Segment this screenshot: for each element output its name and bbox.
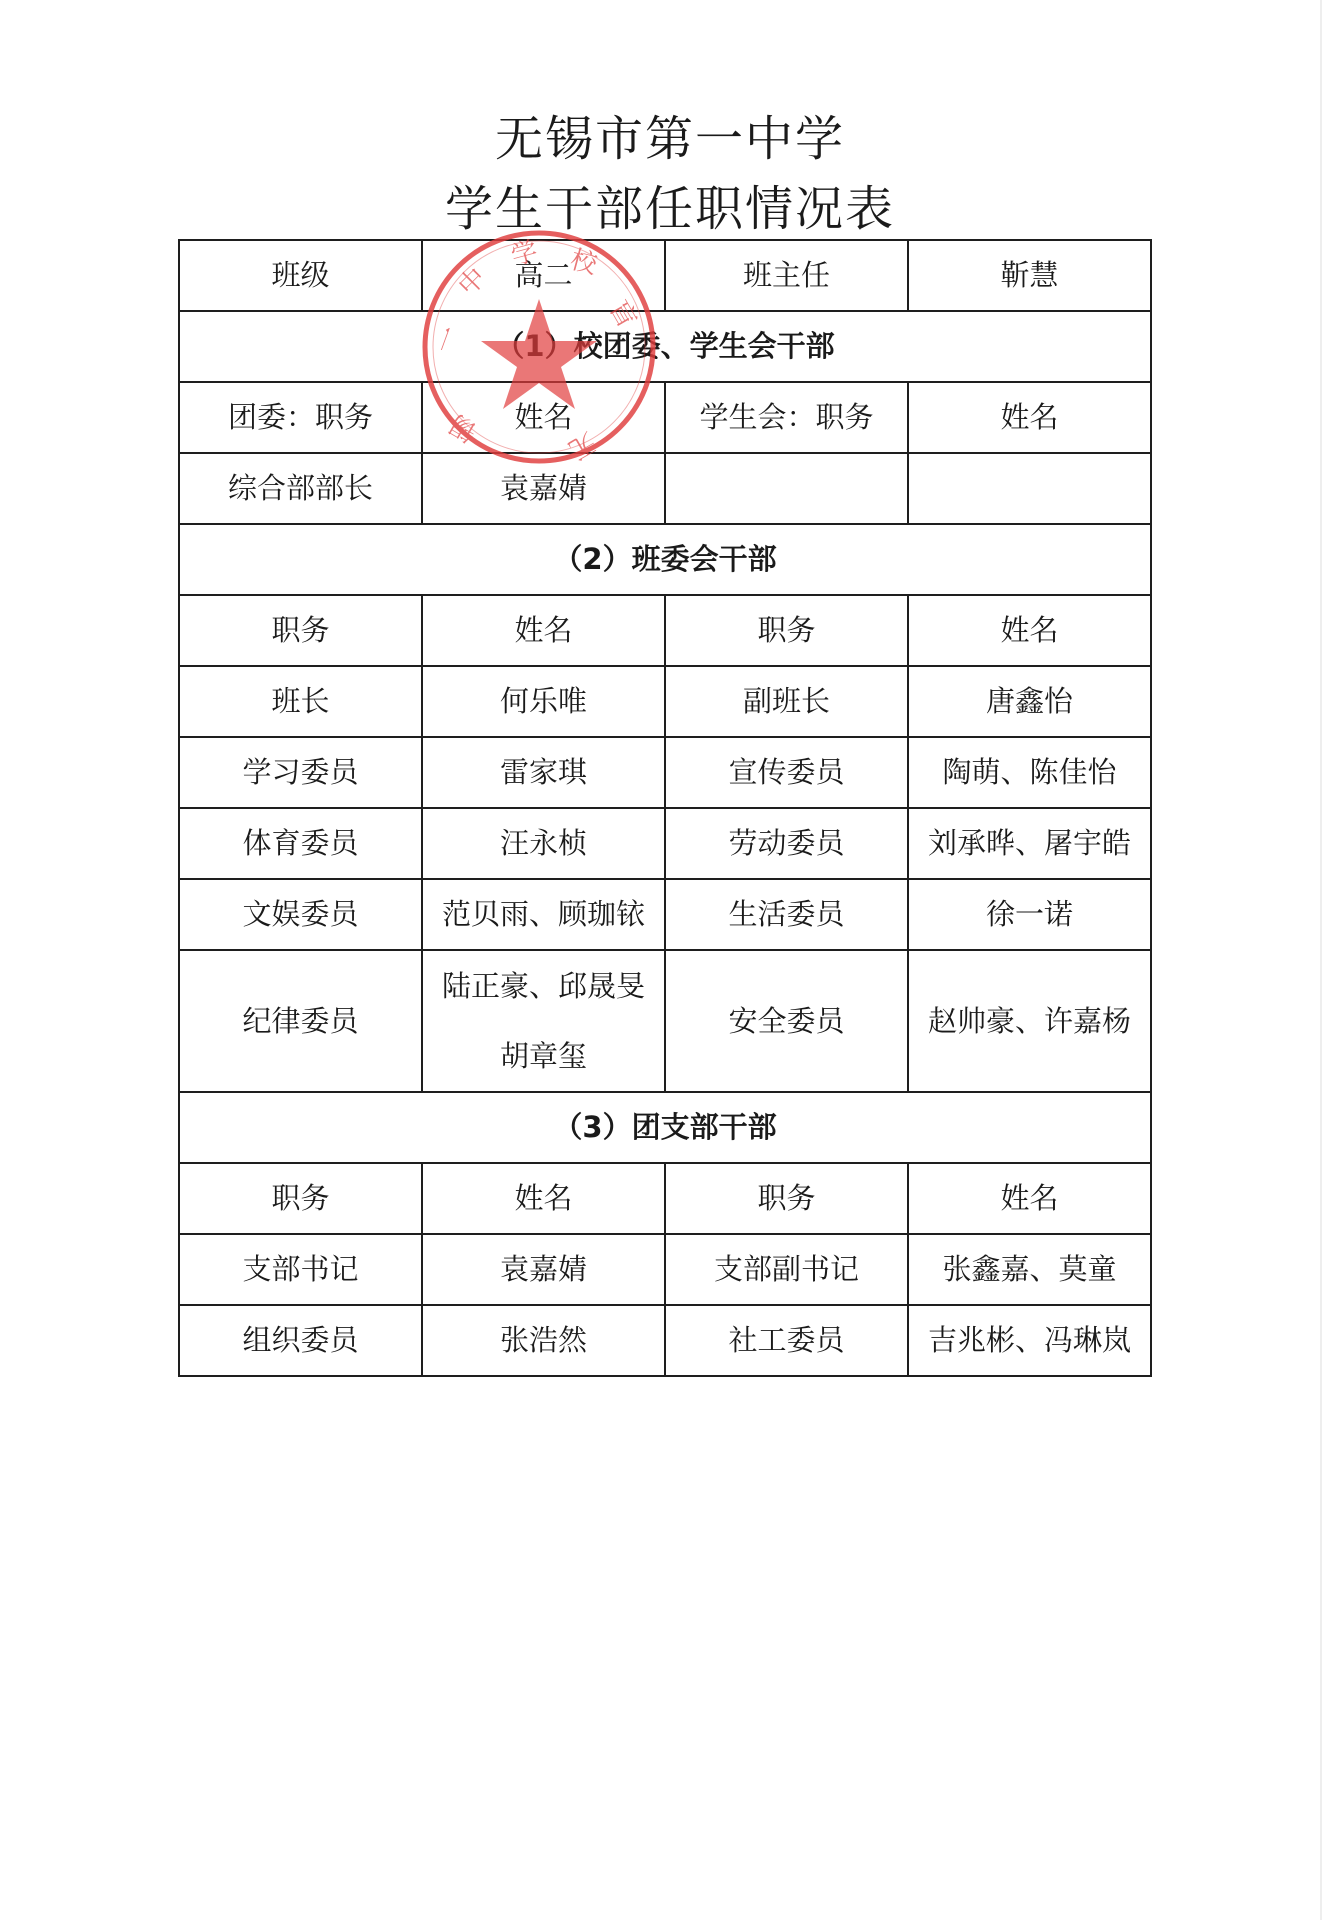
class-label: 班级: [179, 240, 422, 311]
col-header: 团委：职务: [179, 382, 422, 453]
cell: 综合部部长: [179, 453, 422, 524]
col-header: 姓名: [908, 595, 1151, 666]
section3-header-row: 职务 姓名 职务 姓名: [179, 1163, 1151, 1234]
col-header: 学生会：职务: [665, 382, 908, 453]
teacher-value: 靳慧: [908, 240, 1151, 311]
col-header: 姓名: [422, 1163, 665, 1234]
cell: 雷家琪: [422, 737, 665, 808]
cell: [908, 453, 1151, 524]
discipline-row: 纪律委员 陆正豪、邱晟旻 胡章玺 安全委员 赵帅豪、许嘉杨: [179, 950, 1151, 1092]
cell: 支部书记: [179, 1234, 422, 1305]
cell: 劳动委员: [665, 808, 908, 879]
cell: 何乐唯: [422, 666, 665, 737]
cell-multiline: 陆正豪、邱晟旻 胡章玺: [422, 950, 665, 1092]
section2-heading: （2）班委会干部: [179, 524, 1151, 595]
names-line: 陆正豪、邱晟旻: [423, 951, 664, 1021]
cell: 赵帅豪、许嘉杨: [908, 950, 1151, 1092]
cell: [665, 453, 908, 524]
col-header: 姓名: [908, 1163, 1151, 1234]
col-header: 职务: [179, 1163, 422, 1234]
cell: 范贝雨、顾珈铱: [422, 879, 665, 950]
cell: 宣传委员: [665, 737, 908, 808]
section1-heading-row: （1）校团委、学生会干部: [179, 311, 1151, 382]
cell: 班长: [179, 666, 422, 737]
cell: 袁嘉婧: [422, 453, 665, 524]
cell: 袁嘉婧: [422, 1234, 665, 1305]
cell: 陶萌、陈佳怡: [908, 737, 1151, 808]
class-value: 高二: [422, 240, 665, 311]
table-row: 班长 何乐唯 副班长 唐鑫怡: [179, 666, 1151, 737]
cell: 张浩然: [422, 1305, 665, 1376]
school-name-title: 无锡市第一中学: [0, 100, 1340, 169]
section3-heading: （3）团支部干部: [179, 1092, 1151, 1163]
section2-header-row: 职务 姓名 职务 姓名: [179, 595, 1151, 666]
col-header: 职务: [665, 595, 908, 666]
cell: 徐一诺: [908, 879, 1151, 950]
cadre-table: 班级 高二 班主任 靳慧 （1）校团委、学生会干部 团委：职务 姓名 学生会：职…: [178, 239, 1152, 1377]
cell: 汪永桢: [422, 808, 665, 879]
section3-heading-row: （3）团支部干部: [179, 1092, 1151, 1163]
page-edge: [1320, 0, 1322, 1920]
table-row: 体育委员 汪永桢 劳动委员 刘承晔、屠宇皓: [179, 808, 1151, 879]
section1-header-row: 团委：职务 姓名 学生会：职务 姓名: [179, 382, 1151, 453]
cell: 唐鑫怡: [908, 666, 1151, 737]
cell: 生活委员: [665, 879, 908, 950]
names-line: 胡章玺: [423, 1021, 664, 1091]
table-row: 学习委员 雷家琪 宣传委员 陶萌、陈佳怡: [179, 737, 1151, 808]
section1-heading: （1）校团委、学生会干部: [179, 311, 1151, 382]
teacher-label: 班主任: [665, 240, 908, 311]
cell: 副班长: [665, 666, 908, 737]
cell: 张鑫嘉、莫童: [908, 1234, 1151, 1305]
cell: 社工委员: [665, 1305, 908, 1376]
table-row: 组织委员 张浩然 社工委员 吉兆彬、冯琳岚: [179, 1305, 1151, 1376]
cell: 安全委员: [665, 950, 908, 1092]
cell: 组织委员: [179, 1305, 422, 1376]
cell: 学习委员: [179, 737, 422, 808]
class-info-row: 班级 高二 班主任 靳慧: [179, 240, 1151, 311]
cell: 文娱委员: [179, 879, 422, 950]
col-header: 姓名: [422, 595, 665, 666]
section2-heading-row: （2）班委会干部: [179, 524, 1151, 595]
table-row: 文娱委员 范贝雨、顾珈铱 生活委员 徐一诺: [179, 879, 1151, 950]
cell: 体育委员: [179, 808, 422, 879]
col-header: 职务: [179, 595, 422, 666]
col-header: 职务: [665, 1163, 908, 1234]
table-row: 支部书记 袁嘉婧 支部副书记 张鑫嘉、莫童: [179, 1234, 1151, 1305]
cell: 纪律委员: [179, 950, 422, 1092]
table-row: 综合部部长 袁嘉婧: [179, 453, 1151, 524]
col-header: 姓名: [908, 382, 1151, 453]
cell: 吉兆彬、冯琳岚: [908, 1305, 1151, 1376]
col-header: 姓名: [422, 382, 665, 453]
cell: 刘承晔、屠宇皓: [908, 808, 1151, 879]
cell: 支部副书记: [665, 1234, 908, 1305]
form-title: 学生干部任职情况表: [0, 170, 1340, 239]
